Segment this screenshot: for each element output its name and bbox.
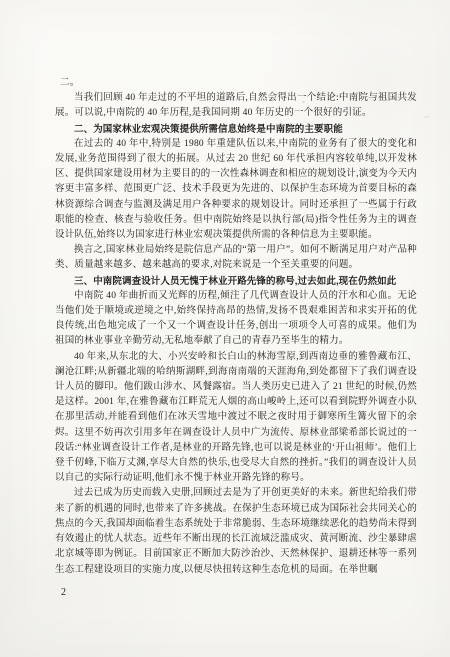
paragraph-forty-years-footprints: 40 年来,从东北的大、小兴安岭和长白山的林海雪原,到西南边垂的雅鲁藏布江、澜沧… <box>55 350 417 487</box>
paragraph-conclusion: 当我们回顾 40 年走过的不平坦的道路后,自然会得出一个结论:中南院与祖国共发展… <box>55 91 417 121</box>
paragraph-business-evolution: 在过去的 40 年中,特别是 1980 年重建队伍以来,中南院的业务有了很大的变… <box>55 137 417 243</box>
scan-speck <box>424 115 430 118</box>
section-heading-2: 二、为国家林业宏观决策提供所需信息始终是中南院的主要职能 <box>55 122 417 137</box>
page-number: 2 <box>61 585 417 600</box>
page-text-block: 二。 当我们回顾 40 年走过的不平坦的道路后,自然会得出一个结论:中南院与祖国… <box>55 76 417 600</box>
paragraph-first-user: 换言之,国家林业局始终是院信息产品的“第一用户”。如何不断满足用户对产品种类、质… <box>55 243 417 273</box>
paragraph-dedication: 中南院 40 年曲折而又光辉的历程,倾注了几代调查设计人员的汗水和心血。无论当他… <box>55 289 417 350</box>
scanned-document-page: 二。 当我们回顾 40 年走过的不平坦的道路后,自然会得出一个结论:中南院与祖国… <box>0 0 450 657</box>
paragraph-new-century-challenges: 过去已成为历史而载入史册,回顾过去是为了开创更美好的未来。新世纪给我们带来了新的… <box>55 486 417 577</box>
carryover-text: 二。 <box>60 76 417 91</box>
section-heading-3: 三、中南院调查设计人员无愧于林业开路先锋的称号,过去如此,现在仍然如此 <box>55 274 417 289</box>
